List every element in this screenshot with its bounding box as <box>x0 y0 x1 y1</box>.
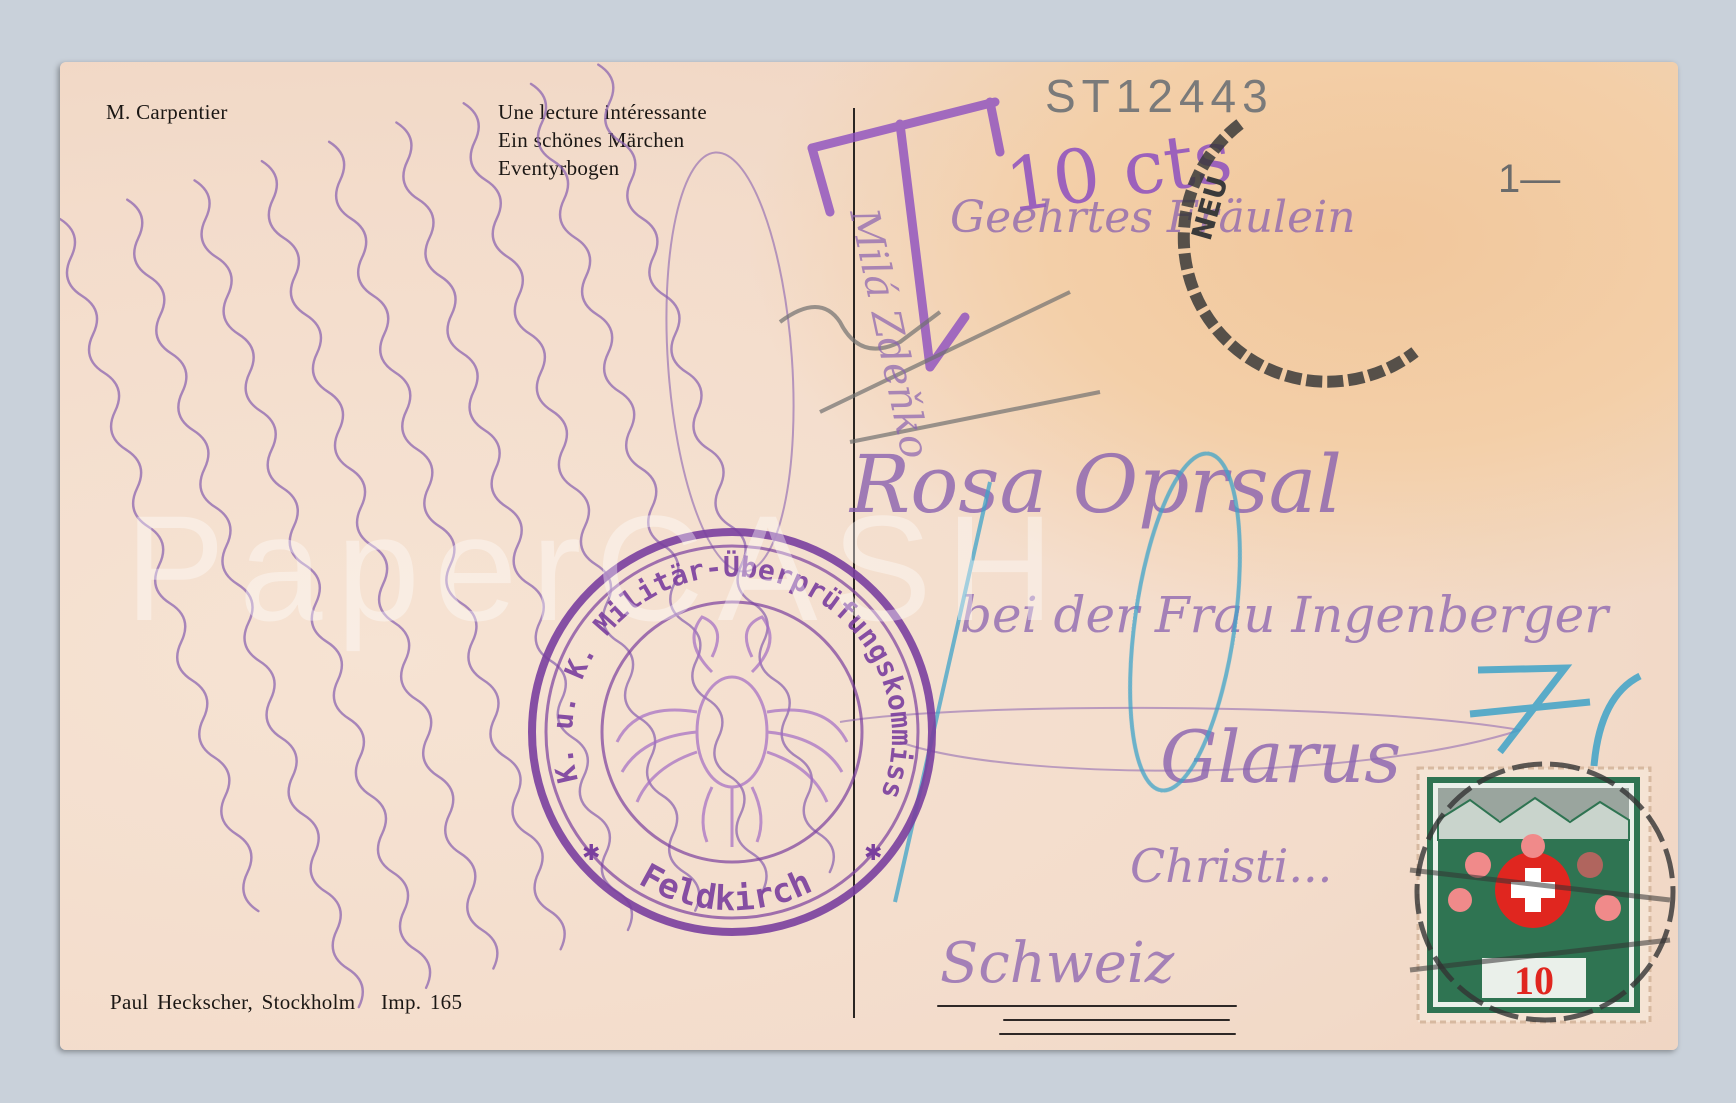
blue-crayon-h <box>1470 668 1640 766</box>
price-mark: 1— <box>1498 157 1560 201</box>
inventory-code: ST12443 <box>1045 70 1274 122</box>
svg-text:Feldkirch: Feldkirch <box>633 856 818 919</box>
svg-text:10: 10 <box>1514 958 1554 1003</box>
postcard-back: M. Carpentier Une lecture intéressante E… <box>60 62 1678 1050</box>
swiss-postage-stamp: 10 <box>1410 764 1673 1022</box>
censor-stamp: K. u. K. Militär-Überprüfungskommission … <box>532 532 932 932</box>
double-headed-eagle-icon <box>617 617 847 847</box>
ink-layer: ST12443 1— 10 cts Geehrtes Fräulein Rosa… <box>60 62 1678 1050</box>
address-country: Schweiz <box>940 931 1175 996</box>
address-street: Christi... <box>1130 839 1332 893</box>
svg-text:✱: ✱ <box>864 840 882 865</box>
address-care-of: bei der Frau Ingenberger <box>960 586 1611 644</box>
address-salutation: Geehrtes Fräulein <box>950 192 1356 243</box>
svg-text:✱: ✱ <box>582 840 600 865</box>
graphite-scribble <box>780 292 1100 442</box>
